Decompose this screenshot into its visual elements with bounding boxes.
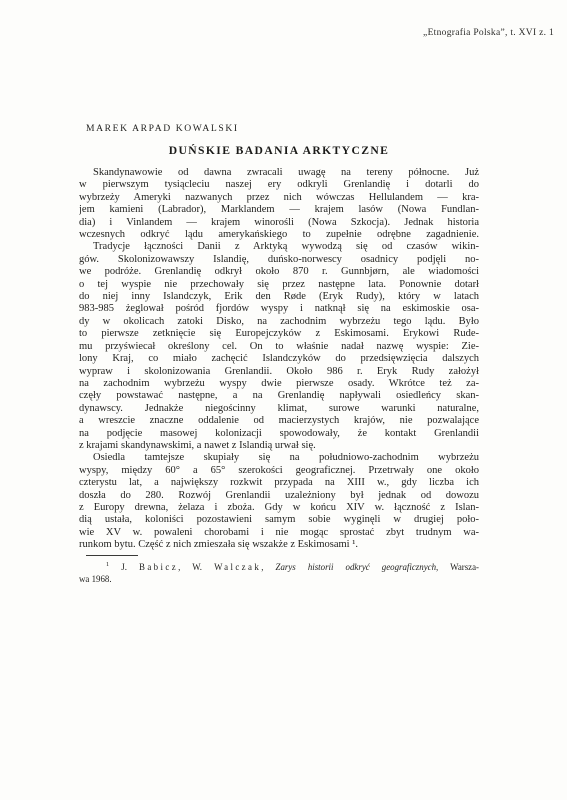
footnote-segment: Zarys historii odkryć geograficznych [276,562,437,572]
footnote-segment: Walczak [214,562,261,572]
text-line: wybrzeży Ameryki nazwanych przez nich wó… [79,192,479,204]
text-line: wie XV w. powaleni chorobami i nie mogąc… [79,527,479,539]
text-line: wypraw i skolonizowania Grenlandii. Okoł… [79,366,479,378]
text-line: to pierwsze zetknięcie się Europejczyków… [79,328,479,340]
text-line: 983-985 żeglował pośród fjordów wyspy i … [79,303,479,315]
text-line: we podróże. Grenlandię odkrył około 870 … [79,266,479,278]
text-line: runkom bytu. Część z nich zmieszała się … [79,539,479,551]
text-line: lony Kraj, co miało zachęcić Islandczykó… [79,353,479,365]
text-line: z krajami skandynawskimi, a nawet z Isla… [79,440,479,452]
footnote-segment: , Warsza- [436,562,479,572]
text-line: dynawscy. Jednakże niegościnny klimat, s… [79,403,479,415]
article-body: Skandynawowie od dawna zwracali uwagę na… [79,167,479,552]
footnote-section: 1 J. Babicz, W. Walczak, Zarys historii … [79,555,479,585]
text-line: Osiedla tamtejsze skupiały się na połudn… [79,452,479,464]
footnote-segment: , [261,562,275,572]
text-line: na podjęcie masowej kolonizacji spowodow… [79,428,479,440]
text-line: dia) i Vinlandem — krajem winorośli (Now… [79,217,479,229]
paragraph: Osiedla tamtejsze skupiały się na połudn… [79,452,479,551]
footnote-segment: J. [109,562,139,572]
author-name: MAREK ARPAD KOWALSKI [86,123,239,134]
text-line: mu przyświecał określony cel. On to właś… [79,341,479,353]
text-line: czterystu lat, a największy rozkwit przy… [79,477,479,489]
text-line: w pierwszym tysiącleciu naszej ery odkry… [79,179,479,191]
text-line: jem kamieni (Labrador), Marklandem — kra… [79,204,479,216]
text-line: dy w okolicach zatoki Disko, na zachodni… [79,316,479,328]
text-line: gów. Skolonizowawszy Islandię, duńsko-no… [79,254,479,266]
text-line: do niej inny Islandczyk, Erik den Røde (… [79,291,479,303]
paragraph: Tradycje łączności Danii z Arktyką wywod… [79,241,479,452]
footnote-segment: , W. [178,562,214,572]
text-line: Skandynawowie od dawna zwracali uwagę na… [79,167,479,179]
text-line: o tej wyspie nie przechowały się przez n… [79,279,479,291]
text-line: Tradycje łączności Danii z Arktyką wywod… [79,241,479,253]
footnote-line: 1 J. Babicz, W. Walczak, Zarys historii … [79,559,479,574]
text-line: z Europy drewna, żelaza i zboża. Gdy w k… [79,502,479,514]
text-line: na zachodnim wybrzeżu wyspy dwie pierwsz… [79,378,479,390]
article-title: DUŃSKIE BADANIA ARKTYCZNE [79,144,479,157]
text-line: wczesnych odkryć lądu amerykańskiego to … [79,229,479,241]
text-line: dią ustała, koloniści pozostawieni samym… [79,514,479,526]
document-page: „Etnografia Polska”, t. XVI z. 1 MAREK A… [0,0,567,800]
text-line: a wreszcie znaczne oddalenie od macierzy… [79,415,479,427]
footnote-separator [86,555,138,556]
text-line: doszła do 280. Rozwój Grenlandii uzależn… [79,490,479,502]
paragraph: Skandynawowie od dawna zwracali uwagę na… [79,167,479,241]
text-line: wyspy, między 60° a 65° szerokości geogr… [79,465,479,477]
footnote-line: wa 1968. [79,574,479,586]
journal-header: „Etnografia Polska”, t. XVI z. 1 [423,28,554,38]
text-line: częły powstawać następne, a na Grenlandi… [79,390,479,402]
footnote-segment: Babicz [139,562,178,572]
